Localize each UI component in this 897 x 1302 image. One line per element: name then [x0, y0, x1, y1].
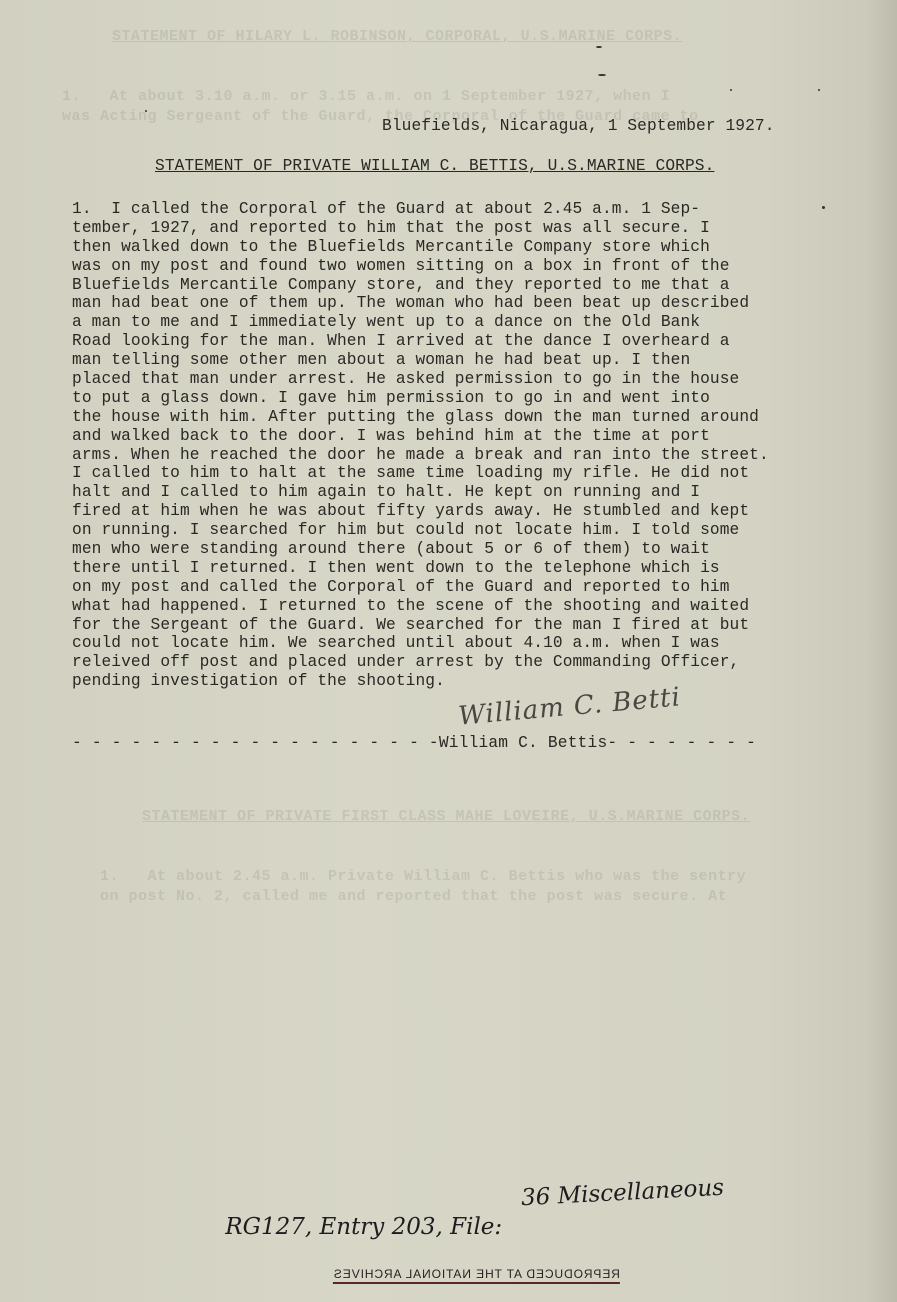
statement-line: Road looking for the man. When I arrived…	[72, 332, 769, 351]
statement-body: 1. I called the Corporal of the Guard at…	[72, 200, 769, 691]
statement-line: placed that man under arrest. He asked p…	[72, 370, 769, 389]
paper-speck	[596, 46, 602, 48]
page-edge-shadow	[867, 0, 897, 1302]
statement-line: on running. I searched for him but could…	[72, 521, 769, 540]
statement-line: there until I returned. I then went down…	[72, 559, 769, 578]
bleed-through-title-top: STATEMENT OF HILARY L. ROBINSON, CORPORA…	[112, 28, 682, 45]
archival-file-name: 36 Miscellaneous	[520, 1175, 724, 1212]
paper-speck	[818, 89, 820, 91]
statement-line: was on my post and found two women sitti…	[72, 257, 769, 276]
statement-line: what had happened. I returned to the sce…	[72, 597, 769, 616]
bleed-through-line: on post No. 2, called me and reported th…	[100, 888, 727, 905]
bleed-through-title-lower: STATEMENT OF PRIVATE FIRST CLASS MAHE LO…	[142, 808, 750, 825]
statement-line: men who were standing around there (abou…	[72, 540, 769, 559]
statement-line: for the Sergeant of the Guard. We search…	[72, 616, 769, 635]
statement-line: releived off post and placed under arres…	[72, 653, 769, 672]
statement-line: arms. When he reached the door he made a…	[72, 446, 769, 465]
document-page: STATEMENT OF HILARY L. ROBINSON, CORPORA…	[0, 0, 897, 1302]
statement-heading: STATEMENT OF PRIVATE WILLIAM C. BETTIS, …	[155, 157, 714, 175]
statement-line: the house with him. After putting the gl…	[72, 408, 769, 427]
bleed-through-line: 1. At about 3.10 a.m. or 3.15 a.m. on 1 …	[62, 88, 670, 105]
typed-signature-line: - - - - - - - - - - - - - - - - - - -Wil…	[72, 734, 756, 752]
statement-line: on my post and called the Corporal of th…	[72, 578, 769, 597]
statement-line: to put a glass down. I gave him permissi…	[72, 389, 769, 408]
paper-speck	[598, 74, 606, 76]
statement-line: Bluefields Mercantile Company store, and…	[72, 276, 769, 295]
statement-line: fired at him when he was about fifty yar…	[72, 502, 769, 521]
statement-line: and walked back to the door. I was behin…	[72, 427, 769, 446]
national-archives-stamp: REPRODUCED AT THE NATIONAL ARCHIVES	[333, 1267, 620, 1284]
statement-line: I called to him to halt at the same time…	[72, 464, 769, 483]
statement-line: a man to me and I immediately went up to…	[72, 313, 769, 332]
paper-speck	[730, 89, 732, 91]
bleed-through-line: 1. At about 2.45 a.m. Private William C.…	[100, 868, 746, 885]
statement-line: 1. I called the Corporal of the Guard at…	[72, 200, 769, 219]
paper-speck	[822, 206, 825, 209]
statement-line: could not locate him. We searched until …	[72, 634, 769, 653]
statement-line: man telling some other men about a woman…	[72, 351, 769, 370]
archival-reference: RG127, Entry 203, File:	[225, 1214, 502, 1240]
statement-line: tember, 1927, and reported to him that t…	[72, 219, 769, 238]
statement-line: man had beat one of them up. The woman w…	[72, 294, 769, 313]
paper-speck	[145, 110, 147, 112]
statement-line: then walked down to the Bluefields Merca…	[72, 238, 769, 257]
statement-line: halt and I called to him again to halt. …	[72, 483, 769, 502]
dateline: Bluefields, Nicaragua, 1 September 1927.	[382, 117, 775, 135]
